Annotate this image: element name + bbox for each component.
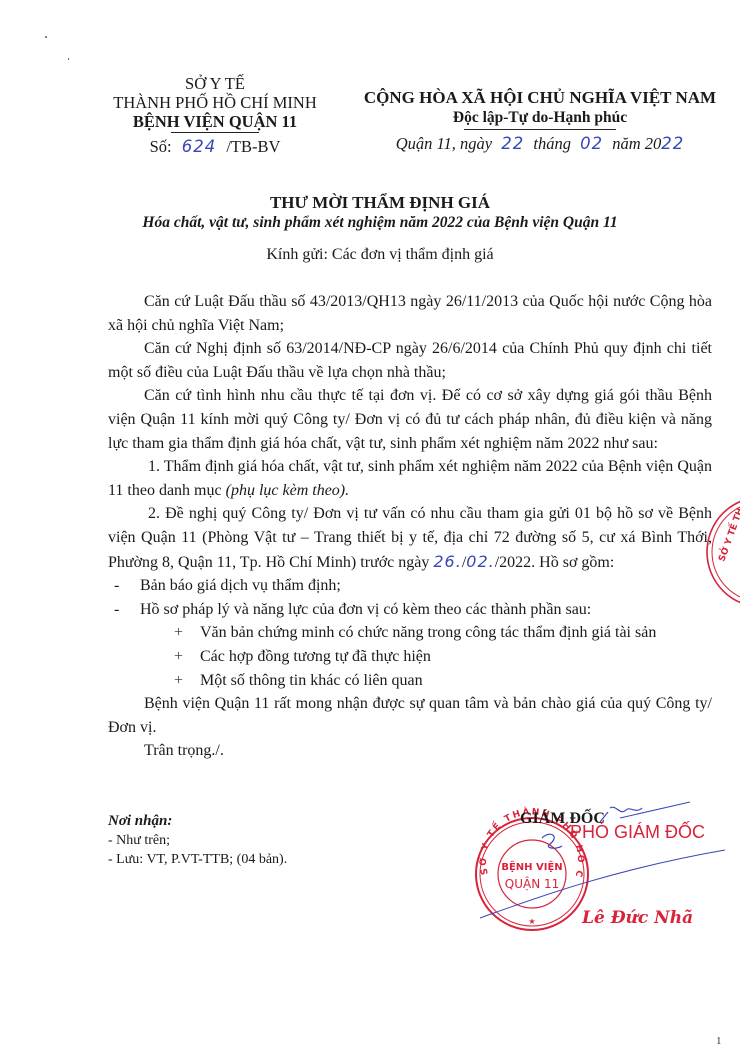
item-1: 1. Thẩm định giá hóa chất, vật tư, sinh …: [108, 455, 712, 502]
date-prefix: Quận 11, ngày: [396, 134, 492, 153]
item-2-text: 2. Đề nghị quý Công ty/ Đơn vị tư vấn có…: [108, 505, 712, 570]
closing-paragraph: Bệnh viện Quận 11 rất mong nhận được sự …: [108, 692, 712, 739]
issuer-department: SỞ Y TẾ: [100, 74, 330, 93]
regards: Trân trọng./.: [108, 739, 712, 763]
plus-bullet: +: [174, 669, 200, 693]
document-subtitle: Hóa chất, vật tư, sinh phẩm xét nghiệm n…: [100, 213, 660, 233]
legal-basis-2: Căn cứ Nghị định số 63/2014/NĐ-CP ngày 2…: [108, 337, 712, 384]
document-number-label: Số:: [150, 137, 172, 156]
legal-basis-3: Căn cứ tình hình nhu cầu thực tế tại đơn…: [108, 384, 712, 455]
recipients-label: Nơi nhận:: [108, 812, 368, 831]
national-header: CỘNG HÒA XÃ HỘI CHỦ NGHĨA VIỆT NAM Độc l…: [360, 88, 720, 154]
dash-bullet: -: [114, 574, 140, 598]
plus-item-text: Văn bản chứng minh có chức năng trong cô…: [200, 621, 656, 645]
plus-bullet: +: [174, 645, 200, 669]
date-month: 02: [580, 134, 603, 153]
item-1-note: (phụ lục kèm theo).: [226, 482, 350, 499]
plus-bullet: +: [174, 621, 200, 645]
side-stamp-icon: SỞ Y TẾ TH: [702, 492, 740, 612]
scan-speck: [45, 36, 47, 38]
dash-item: -Hồ sơ pháp lý và năng lực của đơn vị có…: [108, 598, 712, 622]
document-date: Quận 11, ngày 22 tháng 02 năm 2022: [360, 134, 720, 154]
recipient-line: Kính gửi: Các đơn vị thẩm định giá: [100, 246, 660, 264]
deadline-month: 02.: [466, 552, 494, 571]
date-month-label: tháng: [533, 134, 571, 153]
national-motto: Độc lập-Tự do-Hạnh phúc: [360, 108, 720, 128]
dash-item: -Bản báo giá dịch vụ thẩm định;: [108, 574, 712, 598]
scan-speck: [68, 58, 69, 60]
document-number-value: 624: [182, 137, 217, 156]
header-underline: [171, 132, 259, 133]
document-number-suffix: /TB-BV: [226, 137, 280, 156]
issuer-city: THÀNH PHỐ HỒ CHÍ MINH: [100, 93, 330, 112]
document-body: Căn cứ Luật Đấu thầu số 43/2013/QH13 ngà…: [108, 290, 712, 763]
page-number: 1: [716, 1035, 722, 1047]
recipient-item: - Lưu: VT, P.VT-TTB; (04 bản).: [108, 850, 368, 869]
plus-item-text: Một số thông tin khác có liên quan: [200, 669, 423, 693]
plus-item: +Văn bản chứng minh có chức năng trong c…: [108, 621, 712, 645]
plus-item-text: Các hợp đồng tương tự đã thực hiện: [200, 645, 431, 669]
plus-item: +Một số thông tin khác có liên quan: [108, 669, 712, 693]
signer-name: Lê Đức Nhã: [582, 908, 693, 928]
dash-item-text: Bản báo giá dịch vụ thẩm định;: [140, 574, 341, 598]
deadline-year: /2022. Hồ sơ gồm:: [495, 554, 615, 571]
item-2: 2. Đề nghị quý Công ty/ Đơn vị tư vấn có…: [108, 502, 712, 574]
date-year-label: năm 20: [612, 134, 661, 153]
issuer-hospital: BỆNH VIỆN QUẬN 11: [100, 112, 330, 131]
document-number: Số: 624 /TB-BV: [100, 137, 330, 156]
item-1-text: 1. Thẩm định giá hóa chất, vật tư, sinh …: [108, 458, 712, 499]
date-day: 22: [501, 134, 524, 153]
title-block: THƯ MỜI THẨM ĐỊNH GIÁ Hóa chất, vật tư, …: [100, 193, 660, 233]
dash-bullet: -: [114, 598, 140, 622]
recipients-block: Nơi nhận: - Như trên; - Lưu: VT, P.VT-TT…: [108, 812, 368, 869]
dash-item-text: Hồ sơ pháp lý và năng lực của đơn vị có …: [140, 598, 591, 622]
document-title: THƯ MỜI THẨM ĐỊNH GIÁ: [100, 193, 660, 213]
issuer-header: SỞ Y TẾ THÀNH PHỐ HỒ CHÍ MINH BỆNH VIỆN …: [100, 74, 330, 156]
national-title: CỘNG HÒA XÃ HỘI CHỦ NGHĨA VIỆT NAM: [360, 88, 720, 108]
svg-text:SỞ Y TẾ TH: SỞ Y TẾ TH: [715, 506, 740, 563]
motto-underline: [464, 129, 616, 130]
recipient-item: - Như trên;: [108, 831, 368, 850]
date-year-suffix: 22: [661, 134, 684, 153]
deadline-day: 26.: [433, 552, 461, 571]
legal-basis-1: Căn cứ Luật Đấu thầu số 43/2013/QH13 ngà…: [108, 290, 712, 337]
plus-item: +Các hợp đồng tương tự đã thực hiện: [108, 645, 712, 669]
signature-block: SỞ Y TẾ THÀNH PHỐ HỒ CHÍ MINH BỆNH VIỆN …: [470, 800, 730, 940]
